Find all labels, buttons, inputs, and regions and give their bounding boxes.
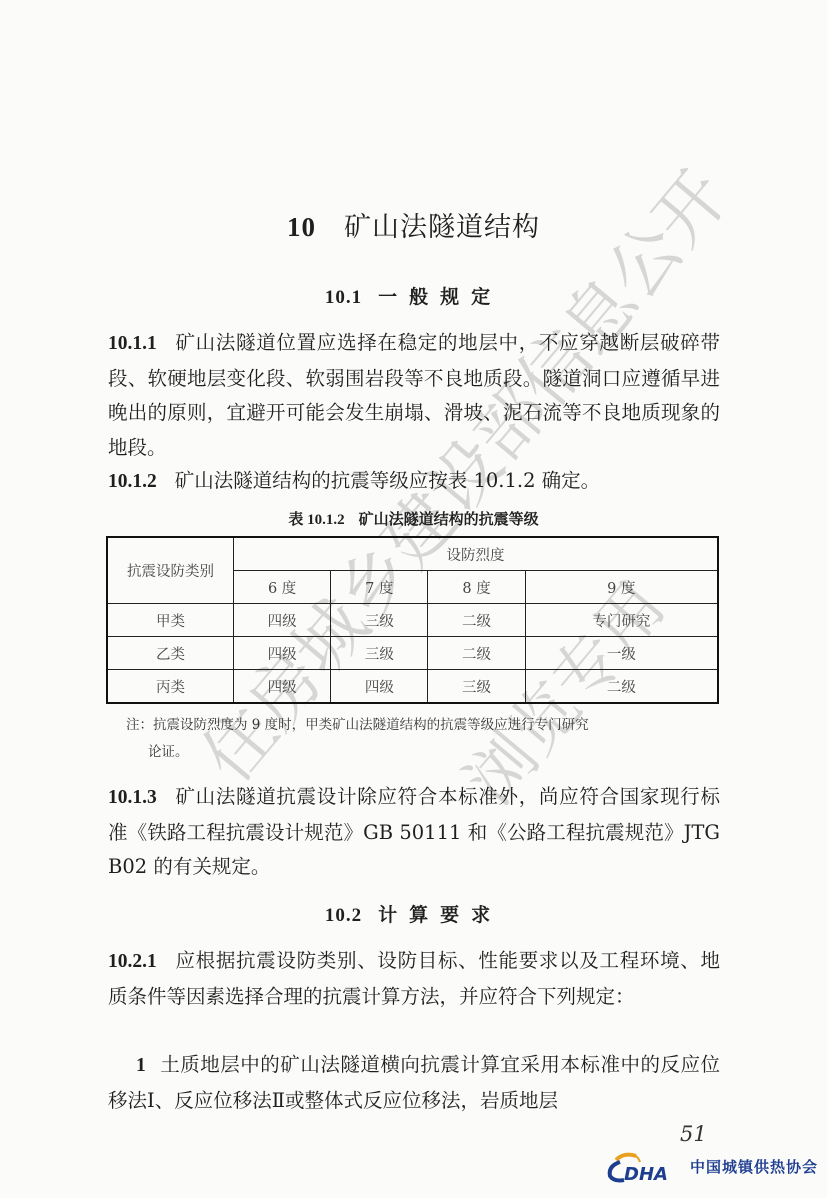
column-header: 6 度: [234, 571, 331, 604]
table-cell: 三级: [331, 604, 428, 637]
column-header: 9 度: [525, 571, 718, 604]
table-cell: 专门研究: [525, 604, 718, 637]
table-row: 丙类 四级 四级 三级 二级: [107, 670, 718, 704]
clause-text: 矿山法隧道结构的抗震等级应按表 10.1.2 确定。: [175, 469, 600, 492]
note-line: 论证。: [126, 739, 726, 766]
table-row: 甲类 四级 三级 二级 专门研究: [107, 604, 718, 637]
table-cell: 二级: [428, 637, 525, 670]
clause-text: 应根据抗震设防类别、设防目标、性能要求以及工程环境、地质条件等因素选择合理的抗震…: [108, 949, 720, 1008]
chapter-number: 10: [287, 212, 316, 242]
section-title: 一般规定: [378, 286, 502, 308]
footer-org-name: 中国城镇供热协会: [690, 1156, 818, 1177]
clause-number: 10.2.1: [108, 951, 157, 972]
table-cell: 三级: [331, 637, 428, 670]
page-number: 51: [680, 1122, 707, 1146]
table-cell: 一级: [525, 637, 718, 670]
section-number: 10.1: [325, 287, 362, 308]
clause-number: 10.1.1: [108, 333, 157, 354]
section-title: 计算要求: [378, 904, 502, 926]
section-heading: 10.2计算要求: [0, 900, 827, 927]
section-number: 10.2: [325, 905, 362, 926]
table-row: 乙类 四级 三级 二级 一级: [107, 637, 718, 670]
clause-10-1-3: 10.1.3矿山法隧道抗震设计除应符合本标准外，尚应符合国家现行标准《铁路工程抗…: [108, 780, 720, 885]
row-header: 抗震设防类别: [107, 537, 234, 604]
column-header: 7 度: [331, 571, 428, 604]
clause-text: 矿山法隧道位置应选择在稳定的地层中，不应穿越断层破碎带段、软硬地层变化段、软弱围…: [108, 331, 720, 459]
category-cell: 乙类: [107, 637, 234, 670]
clause-10-1-1: 10.1.1矿山法隧道位置应选择在稳定的地层中，不应穿越断层破碎带段、软硬地层变…: [108, 326, 720, 465]
table-cell: 四级: [234, 604, 331, 637]
category-cell: 甲类: [107, 604, 234, 637]
table-cell: 三级: [428, 670, 525, 704]
clause-10-2-1: 10.2.1应根据抗震设防类别、设防目标、性能要求以及工程环境、地质条件等因素选…: [108, 944, 720, 1014]
svg-text:DHA: DHA: [624, 1164, 668, 1184]
chapter-title: 10矿山法隧道结构: [0, 205, 827, 244]
table-number: 表 10.1.2: [288, 512, 344, 528]
table-note: 注：抗震设防烈度为 9 度时，甲类矿山法隧道结构的抗震等级应进行专门研究 论证。: [126, 712, 726, 766]
item-text: 土质地层中的矿山法隧道横向抗震计算宜采用本标准中的反应位移法Ⅰ、反应位移法Ⅱ或整…: [108, 1053, 720, 1112]
category-cell: 丙类: [107, 670, 234, 704]
table-title: 矿山法隧道结构的抗震等级: [359, 510, 539, 528]
table-cell: 四级: [331, 670, 428, 704]
clause-text: 矿山法隧道抗震设计除应符合本标准外，尚应符合国家现行标准《铁路工程抗震设计规范》…: [108, 785, 720, 878]
group-header: 设防烈度: [234, 537, 719, 571]
column-header: 8 度: [428, 571, 525, 604]
cdha-logo-icon: DHA: [602, 1152, 692, 1184]
table-caption: 表 10.1.2矿山法隧道结构的抗震等级: [0, 508, 827, 529]
seismic-grade-table: 抗震设防类别 设防烈度 6 度 7 度 8 度 9 度 甲类 四级 三级 二级 …: [106, 536, 719, 704]
table-cell: 二级: [428, 604, 525, 637]
item-number: 1: [136, 1055, 146, 1076]
clause-number: 10.1.3: [108, 787, 157, 808]
section-heading: 10.1一般规定: [0, 282, 827, 309]
clause-number: 10.1.2: [108, 471, 157, 492]
note-line: 注：抗震设防烈度为 9 度时，甲类矿山法隧道结构的抗震等级应进行专门研究: [126, 712, 726, 739]
table-cell: 四级: [234, 670, 331, 704]
chapter-name: 矿山法隧道结构: [344, 212, 540, 243]
table-cell: 四级: [234, 637, 331, 670]
list-item: 1土质地层中的矿山法隧道横向抗震计算宜采用本标准中的反应位移法Ⅰ、反应位移法Ⅱ或…: [108, 1048, 720, 1118]
clause-10-1-2: 10.1.2矿山法隧道结构的抗震等级应按表 10.1.2 确定。: [108, 464, 720, 500]
table-cell: 二级: [525, 670, 718, 704]
